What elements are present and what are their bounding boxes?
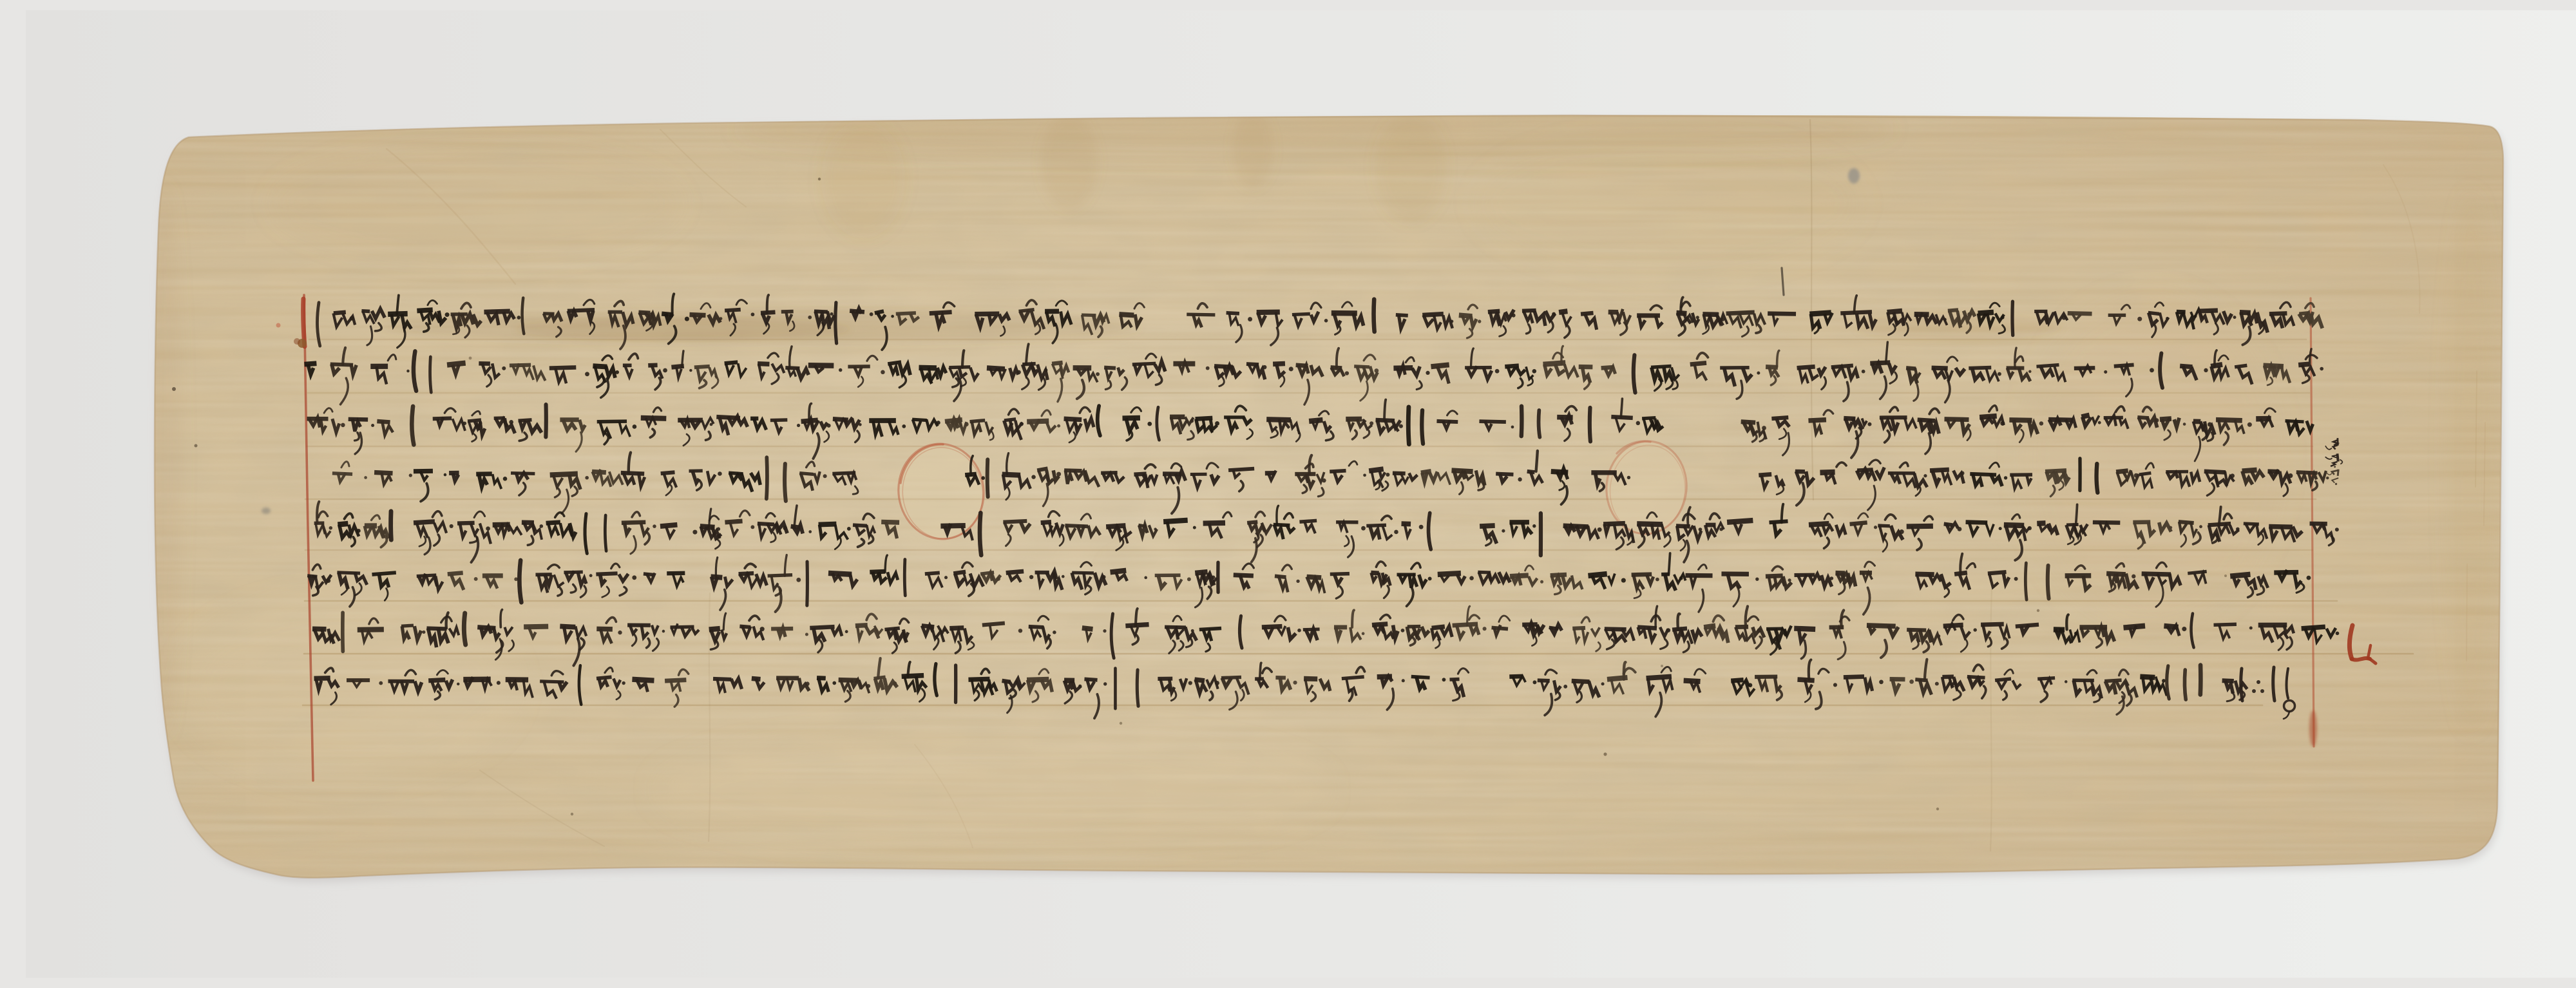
manuscript-photo bbox=[26, 10, 2576, 978]
manuscript-scan bbox=[26, 10, 2576, 978]
